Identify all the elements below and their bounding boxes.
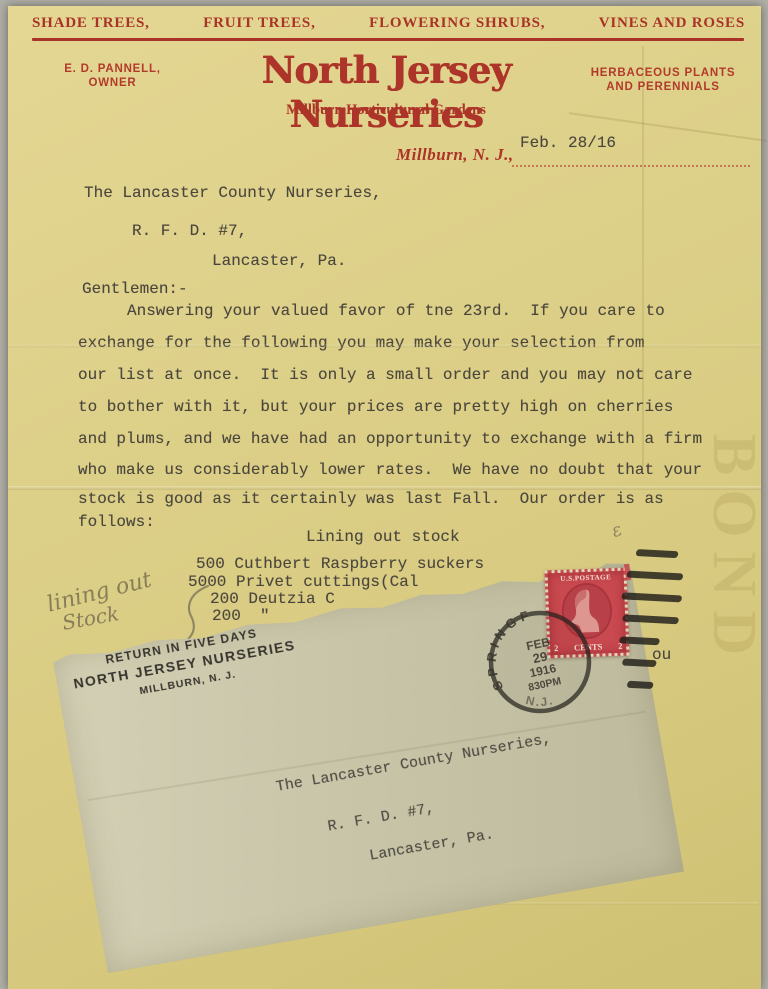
cancel-bar bbox=[622, 614, 679, 624]
body-line-6: who make us considerably lower rates. We… bbox=[78, 461, 702, 479]
salutation: Gentlemen:- bbox=[82, 280, 188, 298]
cancel-bar bbox=[619, 636, 660, 645]
pencil-squiggle: ε bbox=[609, 519, 625, 542]
recipient-line-3: Lancaster, Pa. bbox=[212, 252, 346, 270]
products-block: HERBACEOUS PLANTS AND PERENNIALS bbox=[583, 66, 743, 94]
banner-item-shade-trees: SHADE TREES, bbox=[32, 15, 150, 32]
fold-crease-middle bbox=[8, 486, 761, 490]
body-line-1: Answering your valued favor of tne 23rd.… bbox=[127, 302, 665, 320]
banner-rule bbox=[32, 38, 744, 41]
products-line-1: HERBACEOUS PLANTS bbox=[583, 66, 743, 80]
fold-crease-upper bbox=[8, 344, 761, 348]
letterhead-banner: SHADE TREES, FRUIT TREES, FLOWERING SHRU… bbox=[32, 15, 745, 32]
svg-text:N.J.: N.J. bbox=[524, 693, 555, 709]
banner-item-flowering-shrubs: FLOWERING SHRUBS, bbox=[369, 15, 545, 32]
list-line-4: 200 " bbox=[212, 607, 270, 625]
cancel-bar bbox=[621, 592, 682, 602]
date-value: Feb. 28/16 bbox=[520, 134, 616, 152]
bond-watermark: BOND bbox=[698, 434, 768, 774]
postmark-state-arc: N.J. bbox=[524, 693, 555, 709]
list-heading: Lining out stock bbox=[306, 528, 460, 546]
banner-item-vines-roses: VINES AND ROSES bbox=[599, 15, 745, 32]
cancel-bar bbox=[626, 571, 683, 581]
pencil-brace bbox=[178, 584, 212, 646]
cancel-bar bbox=[627, 681, 654, 689]
company-name: North Jersey Nurseries bbox=[176, 48, 596, 136]
recipient-line-1: The Lancaster County Nurseries, bbox=[84, 184, 382, 202]
body-line-4: to bother with it, but your prices are p… bbox=[78, 398, 673, 416]
dateline-place: Millburn, N. J., bbox=[396, 145, 514, 165]
cancellation-bars bbox=[614, 548, 692, 713]
list-line-3: 200 Deutzia C bbox=[210, 590, 335, 608]
body-line-5: and plums, and we have had an opportunit… bbox=[78, 430, 702, 448]
crease-vertical bbox=[642, 46, 644, 466]
banner-item-fruit-trees: FRUIT TREES, bbox=[203, 15, 315, 32]
company-subtitle: Millburn Horticultural Gardens bbox=[176, 102, 596, 119]
body-line-7: stock is good as it certainly was last F… bbox=[78, 490, 664, 508]
body-line-8: follows: bbox=[78, 513, 155, 531]
recipient-line-2: R. F. D. #7, bbox=[132, 222, 247, 240]
scanned-document: SHADE TREES, FRUIT TREES, FLOWERING SHRU… bbox=[0, 0, 768, 989]
products-line-2: AND PERENNIALS bbox=[583, 80, 743, 94]
cancel-bar bbox=[622, 658, 657, 667]
cancel-bar bbox=[635, 549, 678, 558]
owner-name: E. D. PANNELL, bbox=[50, 62, 175, 76]
owner-block: E. D. PANNELL, OWNER bbox=[50, 62, 175, 90]
owner-title: OWNER bbox=[50, 76, 175, 90]
body-line-2: exchange for the following you may make … bbox=[78, 334, 645, 352]
list-line-1: 500 Cuthbert Raspberry suckers bbox=[196, 555, 484, 573]
body-line-3: our list at once. It is only a small ord… bbox=[78, 366, 693, 384]
postmark: SPRINGF N.J. FEB 29 1916 830PM bbox=[482, 604, 598, 720]
list-line-2: 5000 Privet cuttings(Cal bbox=[188, 573, 418, 591]
